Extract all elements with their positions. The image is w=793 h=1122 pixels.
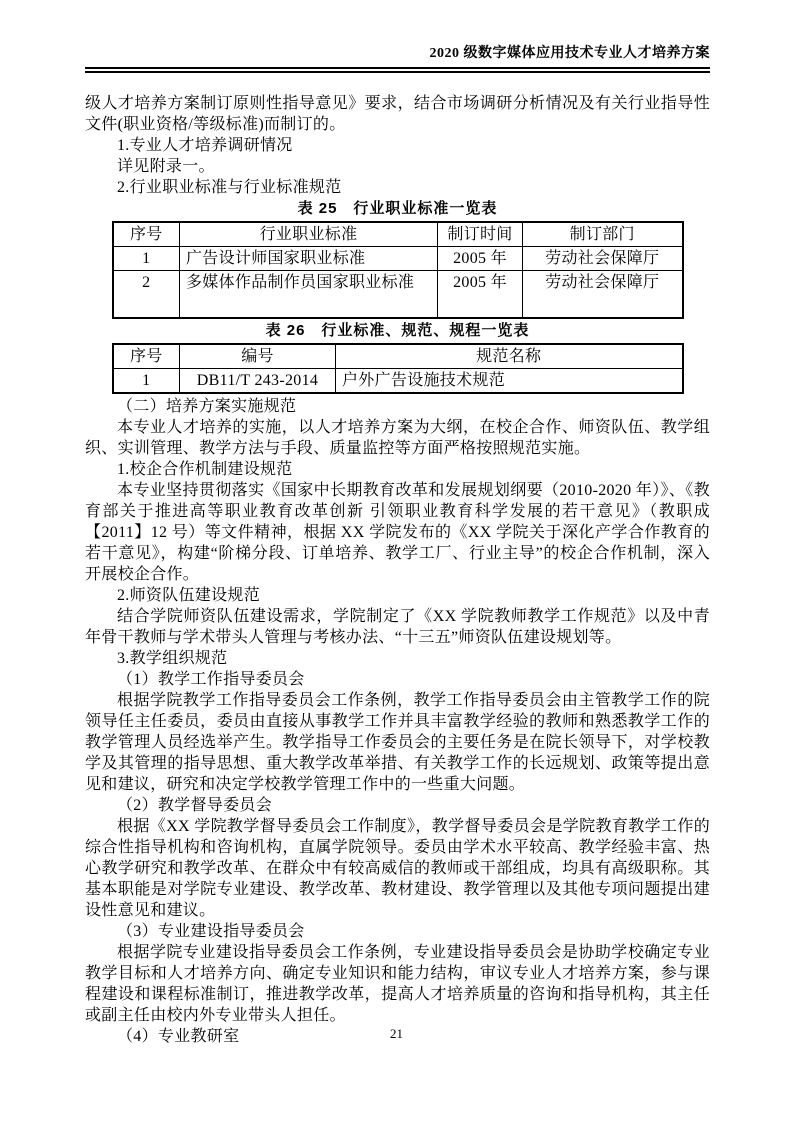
paragraph: 本专业人才培养的实施，以人才培养方案为大纲，在校企合作、师资队伍、教学组织、实训… (85, 417, 710, 459)
document-page: 2020 级数字媒体应用技术专业人才培养方案 级人才培养方案制订原则性指导意见》… (0, 0, 793, 1122)
table-header-cell: 行业职业标准 (180, 222, 438, 247)
paragraph: 结合学院师资队伍建设需求，学院制定了《XX 学院教师教学工作规范》以及中青年骨干… (85, 606, 710, 648)
paragraph: 1.校企合作机制建设规范 (85, 459, 710, 480)
table-row: 2 多媒体作品制作员国家职业标准 2005 年 劳动社会保障厅 (113, 271, 683, 319)
table-header-cell: 制订时间 (438, 222, 523, 247)
page-number: 21 (390, 1026, 403, 1041)
table-header-row: 序号 行业职业标准 制订时间 制订部门 (113, 222, 683, 247)
table-cell: 2005 年 (438, 247, 523, 271)
paragraph: （2）教学督导委员会 (85, 795, 710, 816)
page-footer: 21 (0, 1026, 793, 1042)
table-26-caption: 表 26 行业标准、规范、规程一览表 (85, 321, 710, 341)
paragraph: 根据学院教学工作指导委员会工作条例，教学工作指导委员会由主管教学工作的院领导任主… (85, 690, 710, 795)
table-25-caption: 表 25 行业职业标准一览表 (85, 199, 710, 219)
paragraph: 根据《XX 学院教学督导委员会工作制度》，教学督导委员会是学院教育教学工作的综合… (85, 816, 710, 921)
table-header-cell: 编号 (180, 344, 336, 369)
table-cell: 户外广告设施技术规范 (336, 369, 683, 394)
table-cell: 多媒体作品制作员国家职业标准 (180, 271, 438, 319)
paragraph: 根据学院专业建设指导委员会工作条例，专业建设指导委员会是协助学校确定专业教学目标… (85, 942, 710, 1026)
paragraph: 3.教学组织规范 (85, 648, 710, 669)
paragraph: 级人才培养方案制订原则性指导意见》要求，结合市场调研分析情况及有关行业指导性文件… (85, 93, 710, 135)
paragraph: 2.师资队伍建设规范 (85, 585, 710, 606)
table-cell: 2 (113, 271, 180, 319)
table-26-industry-standards-list: 序号 编号 规范名称 1 DB11/T 243-2014 户外广告设施技术规范 (112, 343, 684, 394)
table-cell: 2005 年 (438, 271, 523, 319)
table-cell: 劳动社会保障厅 (523, 271, 683, 319)
table-cell: 1 (113, 247, 180, 271)
table-header-cell: 制订部门 (523, 222, 683, 247)
table-row: 1 DB11/T 243-2014 户外广告设施技术规范 (113, 369, 683, 394)
paragraph: 1.专业人才培养调研情况 (85, 135, 710, 156)
table-cell: 1 (113, 369, 180, 394)
table-25-industry-occupation-standards: 序号 行业职业标准 制订时间 制订部门 1 广告设计师国家职业标准 2005 年… (112, 221, 684, 319)
paragraph: 详见附录一。 (85, 156, 710, 177)
document-body: 级人才培养方案制订原则性指导意见》要求，结合市场调研分析情况及有关行业指导性文件… (85, 93, 710, 1047)
table-cell: DB11/T 243-2014 (180, 369, 336, 394)
page-header: 2020 级数字媒体应用技术专业人才培养方案 (85, 42, 710, 73)
paragraph: 2.行业职业标准与行业标准规范 (85, 177, 710, 198)
header-rule (85, 67, 710, 73)
paragraph: （3）专业建设指导委员会 (85, 921, 710, 942)
header-title: 2020 级数字媒体应用技术专业人才培养方案 (85, 42, 710, 67)
paragraph: （二）培养方案实施规范 (85, 396, 710, 417)
table-header-cell: 序号 (113, 222, 180, 247)
paragraph: （1）教学工作指导委员会 (85, 669, 710, 690)
table-header-row: 序号 编号 规范名称 (113, 344, 683, 369)
table-row: 1 广告设计师国家职业标准 2005 年 劳动社会保障厅 (113, 247, 683, 271)
table-header-cell: 规范名称 (336, 344, 683, 369)
paragraph: 本专业坚持贯彻落实《国家中长期教育改革和发展规划纲要（2010-2020 年）》… (85, 480, 710, 585)
table-cell: 劳动社会保障厅 (523, 247, 683, 271)
table-cell: 广告设计师国家职业标准 (180, 247, 438, 271)
table-header-cell: 序号 (113, 344, 180, 369)
